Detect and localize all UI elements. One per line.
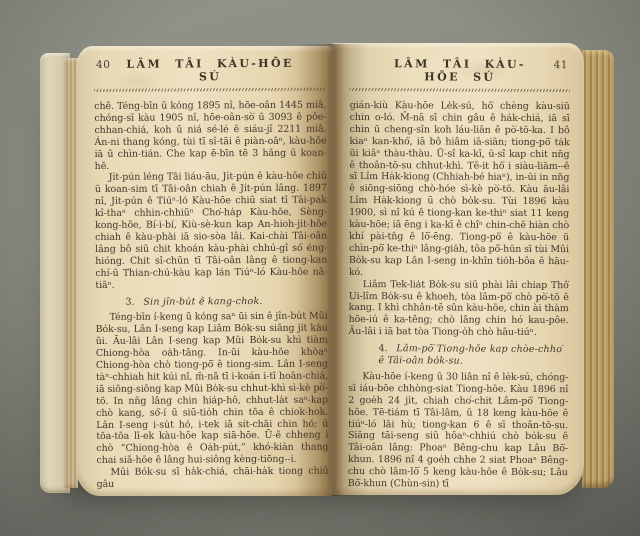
paragraph: Ji̍t-pún léng Tâi liáu-āu, Ji̍t-pún ê kà… bbox=[95, 171, 328, 291]
running-title-right: LÂM TÂI KÀU-HŌE SÚ bbox=[378, 57, 542, 84]
page-left: 40 LÂM TÂI KÀU-HŌE SÚ chē. Téng-bīn ū kó… bbox=[76, 46, 332, 496]
paragraph: Kàu-hōe í-keng ū 30 liân nî ê le̍k-sú, c… bbox=[348, 371, 569, 491]
paragraph: chē. Téng-bīn ū kóng 1895 nî, hōe-oân 14… bbox=[94, 100, 326, 173]
paragraph: gián-kiù Kàu-hōe Le̍k-sú, hō͘ chèng kàu-… bbox=[349, 100, 570, 280]
section-heading: 4.Lâm-pō͘ Tiong-hōe kap chòe-chho͘ ê Tâi… bbox=[348, 343, 568, 368]
section-title: Sin jîn-bu̍t ê kang-chok. bbox=[143, 295, 262, 307]
paragraph: Liâm Tek-lia̍t Bo̍k-su siū phài lâi chia… bbox=[349, 279, 569, 340]
header-rule-left bbox=[94, 88, 326, 92]
right-page-edge-stack bbox=[582, 50, 614, 488]
section-heading: 3.Sin jîn-bu̍t ê kang-chok. bbox=[95, 295, 327, 308]
paragraph: Téng-bīn í-keng ū kóng saⁿ ūi sin ê jîn-… bbox=[96, 311, 329, 467]
page-number-right: 41 bbox=[542, 59, 568, 71]
section-number: 4. bbox=[378, 343, 387, 354]
page-right: LÂM TÂI KÀU-HŌE SÚ 41 gián-kiù Kàu-hōe L… bbox=[332, 43, 584, 495]
header-rule-right bbox=[350, 88, 570, 92]
page-header-left: 40 LÂM TÂI KÀU-HŌE SÚ bbox=[94, 57, 326, 84]
page-header-right: LÂM TÂI KÀU-HŌE SÚ 41 bbox=[350, 57, 570, 84]
photo-background: 40 LÂM TÂI KÀU-HŌE SÚ chē. Téng-bīn ū kó… bbox=[0, 0, 640, 536]
page-body-left: chē. Téng-bīn ū kóng 1895 nî, hōe-oân 14… bbox=[94, 100, 328, 491]
page-number-left: 40 bbox=[96, 59, 122, 71]
section-title: Lâm-pō͘ Tiong-hōe kap chòe-chho͘ ê Tâi-o… bbox=[378, 343, 562, 366]
section-number: 3. bbox=[125, 296, 134, 307]
running-title-left: LÂM TÂI KÀU-HŌE SÚ bbox=[122, 57, 298, 84]
page-body-right: gián-kiù Kàu-hōe Le̍k-sú, hō͘ chèng kàu-… bbox=[348, 100, 570, 491]
paragraph: Mûi Bo̍k-su sī ha̍k-chiá, chāi-ha̍k tion… bbox=[96, 466, 328, 491]
